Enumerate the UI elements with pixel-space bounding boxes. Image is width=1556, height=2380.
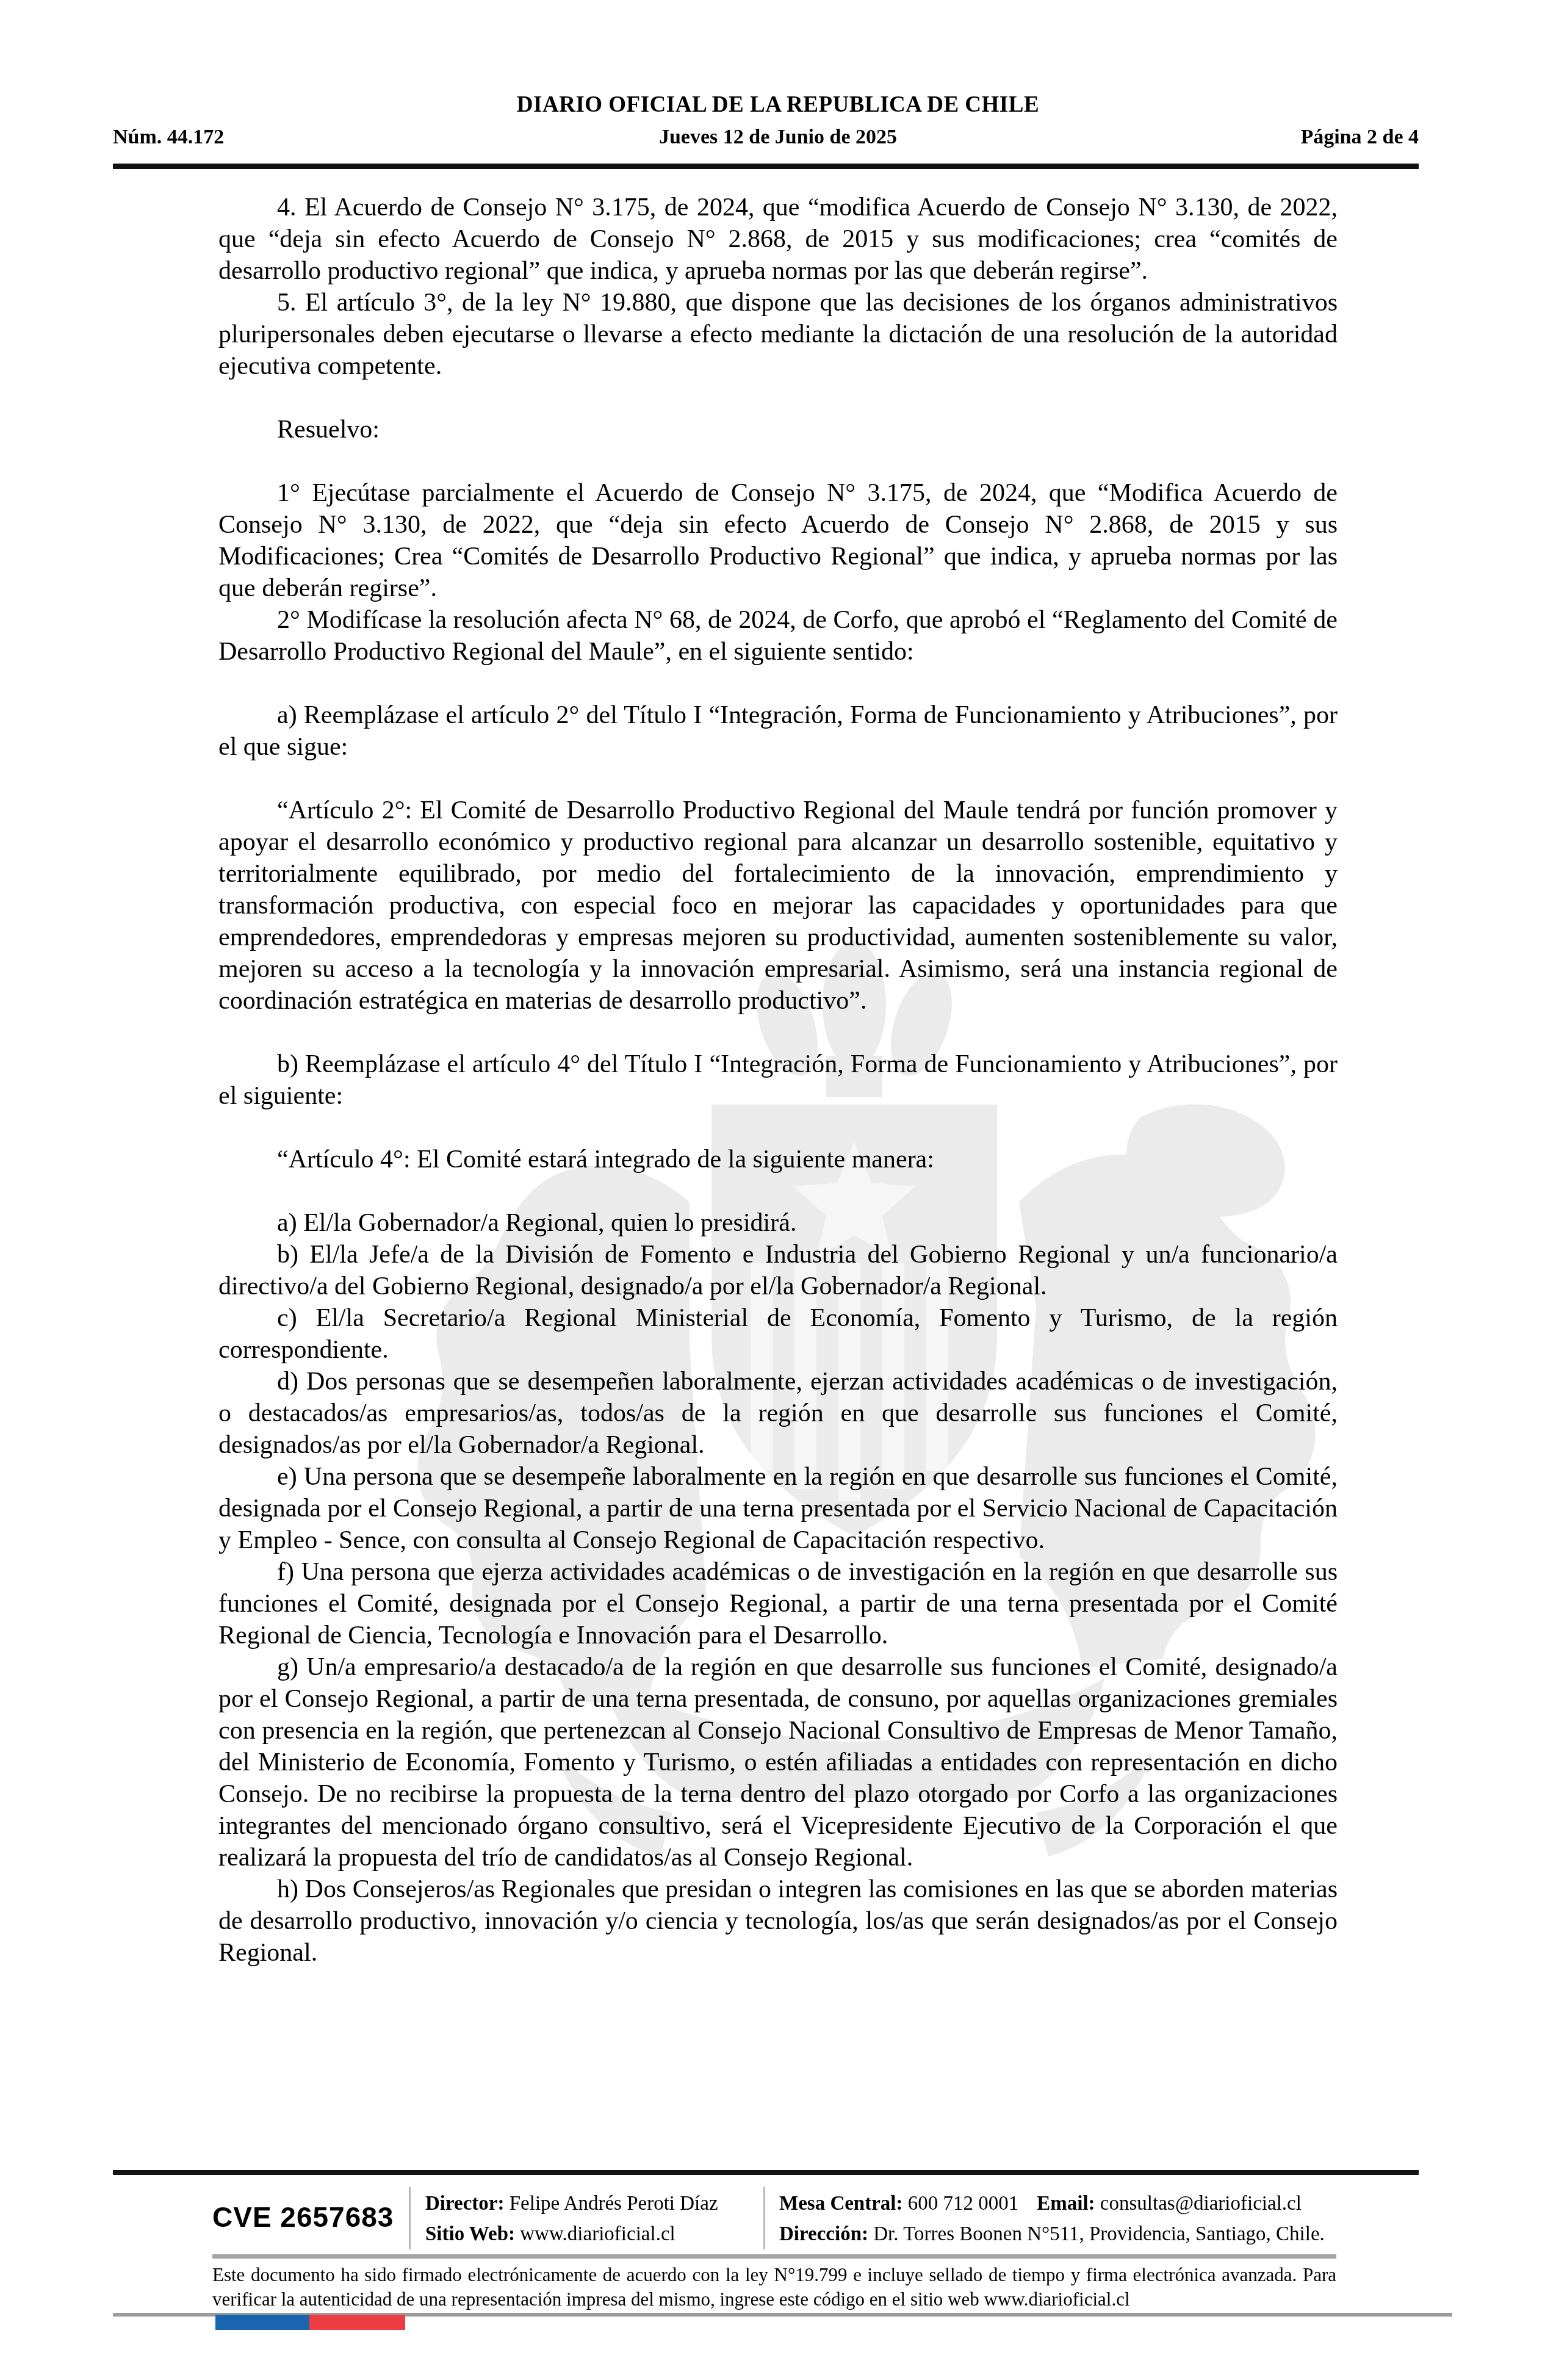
paragraph: 1° Ejecútase parcialmente el Acuerdo de …	[218, 477, 1338, 604]
email-value: consultas@diarioficial.cl	[1100, 2193, 1302, 2215]
director-info: Director: Felipe Andrés Peroti Díaz Siti…	[425, 2188, 718, 2249]
footer-top-rule	[113, 2170, 1419, 2175]
paragraph: h) Dos Consejeros/as Regionales que pres…	[218, 1873, 1338, 1969]
contact-info: Mesa Central: 600 712 0001Email: consult…	[779, 2188, 1325, 2249]
paragraph: a) Reemplázase el artículo 2° del Título…	[218, 699, 1338, 763]
paragraph: c) El/la Secretario/a Regional Ministeri…	[218, 1302, 1338, 1366]
paragraph: e) Una persona que se desempeñe laboralm…	[218, 1461, 1338, 1556]
publication-title: DIARIO OFICIAL DE LA REPUBLICA DE CHILE	[0, 92, 1556, 118]
director-name: Felipe Andrés Peroti Díaz	[510, 2193, 718, 2215]
paragraph: “Artículo 2°: El Comité de Desarrollo Pr…	[218, 795, 1338, 1017]
website-label: Sitio Web:	[425, 2223, 515, 2245]
paragraph: d) Dos personas que se desempeñen labora…	[218, 1366, 1338, 1461]
page-indicator: Página 2 de 4	[1300, 126, 1419, 149]
cve-block: CVE 2657683 Director: Felipe Andrés Pero…	[212, 2187, 1336, 2251]
paragraph: a) El/la Gobernador/a Regional, quien lo…	[218, 1207, 1338, 1239]
paragraph: b) Reemplázase el artículo 4° del Título…	[218, 1048, 1338, 1112]
paragraph: 2° Modifícase la resolución afecta N° 68…	[218, 604, 1338, 668]
flag-blue-bar	[215, 2315, 309, 2330]
document-body: 4. El Acuerdo de Consejo N° 3.175, de 20…	[218, 192, 1338, 1969]
flag-red-bar	[309, 2315, 405, 2330]
gazette-page: { "header": { "publication": "DIARIO OFI…	[0, 0, 1556, 2380]
footer-divider	[763, 2187, 765, 2249]
paragraph: 4. El Acuerdo de Consejo N° 3.175, de 20…	[218, 192, 1338, 287]
paragraph: “Artículo 4°: El Comité estará integrado…	[218, 1144, 1338, 1175]
paragraph: 5. El artículo 3°, de la ley N° 19.880, …	[218, 287, 1338, 382]
phone-value: 600 712 0001	[908, 2193, 1019, 2215]
website-line: Sitio Web: www.diarioficial.cl	[425, 2219, 718, 2249]
email-label: Email:	[1037, 2193, 1095, 2215]
address-label: Dirección:	[779, 2223, 868, 2245]
header-rule	[113, 164, 1419, 169]
paragraph: f) Una persona que ejerza actividades ac…	[218, 1556, 1338, 1651]
footer-divider	[409, 2187, 411, 2249]
phone-email-line: Mesa Central: 600 712 0001Email: consult…	[779, 2188, 1325, 2219]
phone-label: Mesa Central:	[779, 2193, 903, 2215]
legal-notice: Este documento ha sido firmado electróni…	[212, 2263, 1336, 2312]
address-line: Dirección: Dr. Torres Boonen N°511, Prov…	[779, 2219, 1325, 2249]
paragraph: Resuelvo:	[218, 414, 1338, 445]
footer-middle-rule	[212, 2254, 1336, 2259]
cve-code: CVE 2657683	[212, 2201, 394, 2234]
website-value: www.diarioficial.cl	[520, 2223, 675, 2245]
paragraph: g) Un/a empresario/a destacado/a de la r…	[218, 1651, 1338, 1873]
director-line: Director: Felipe Andrés Peroti Díaz	[425, 2188, 718, 2219]
director-label: Director:	[425, 2193, 504, 2215]
address-value: Dr. Torres Boonen N°511, Providencia, Sa…	[873, 2223, 1325, 2245]
paragraph: b) El/la Jefe/a de la División de Foment…	[218, 1239, 1338, 1302]
